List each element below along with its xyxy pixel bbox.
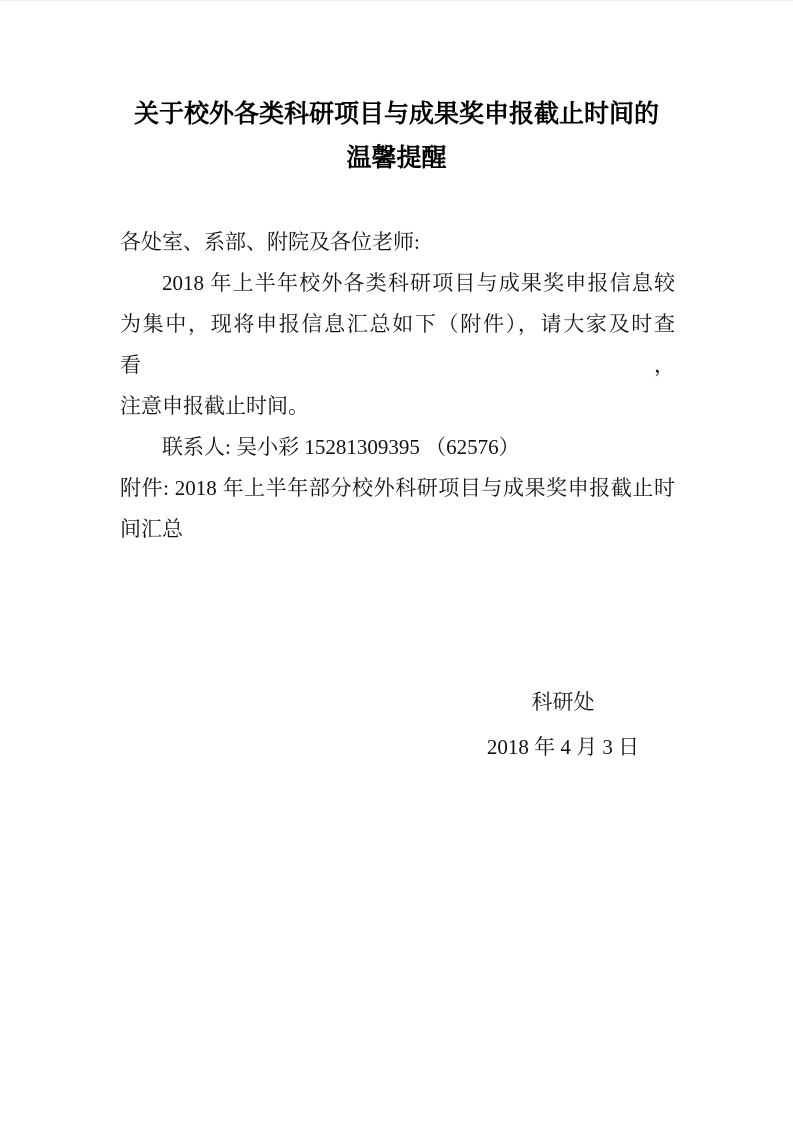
body-line-1: 2018 年上半年校外各类科研项目与成果奖申报信息较 [120,263,675,304]
attachment-line-2: 间汇总 [120,509,675,550]
title-line-1: 关于校外各类科研项目与成果奖申报截止时间的 [0,93,793,137]
signature-block: 科研处 2018 年 4 月 3 日 [487,680,639,770]
document-page: 关于校外各类科研项目与成果奖申报截止时间的 温馨提醒 各处室、系部、附院及各位老… [0,0,793,1122]
document-body: 各处室、系部、附院及各位老师: 2018 年上半年校外各类科研项目与成果奖申报信… [0,222,793,550]
salutation-line: 各处室、系部、附院及各位老师: [120,222,675,263]
body-line-3: 注意申报截止时间。 [120,386,675,427]
document-title: 关于校外各类科研项目与成果奖申报截止时间的 温馨提醒 [0,1,793,181]
title-line-2: 温馨提醒 [0,137,793,181]
signature-date: 2018 年 4 月 3 日 [487,725,639,770]
contact-line: 联系人: 吴小彩 15281309395 （62576） [120,427,675,468]
attachment-line-1: 附件: 2018 年上半年部分校外科研项目与成果奖申报截止时 [120,468,675,509]
signature-signer: 科研处 [487,680,639,725]
body-line-2: 为集中，现将申报信息汇总如下（附件），请大家及时查看， [120,304,675,386]
